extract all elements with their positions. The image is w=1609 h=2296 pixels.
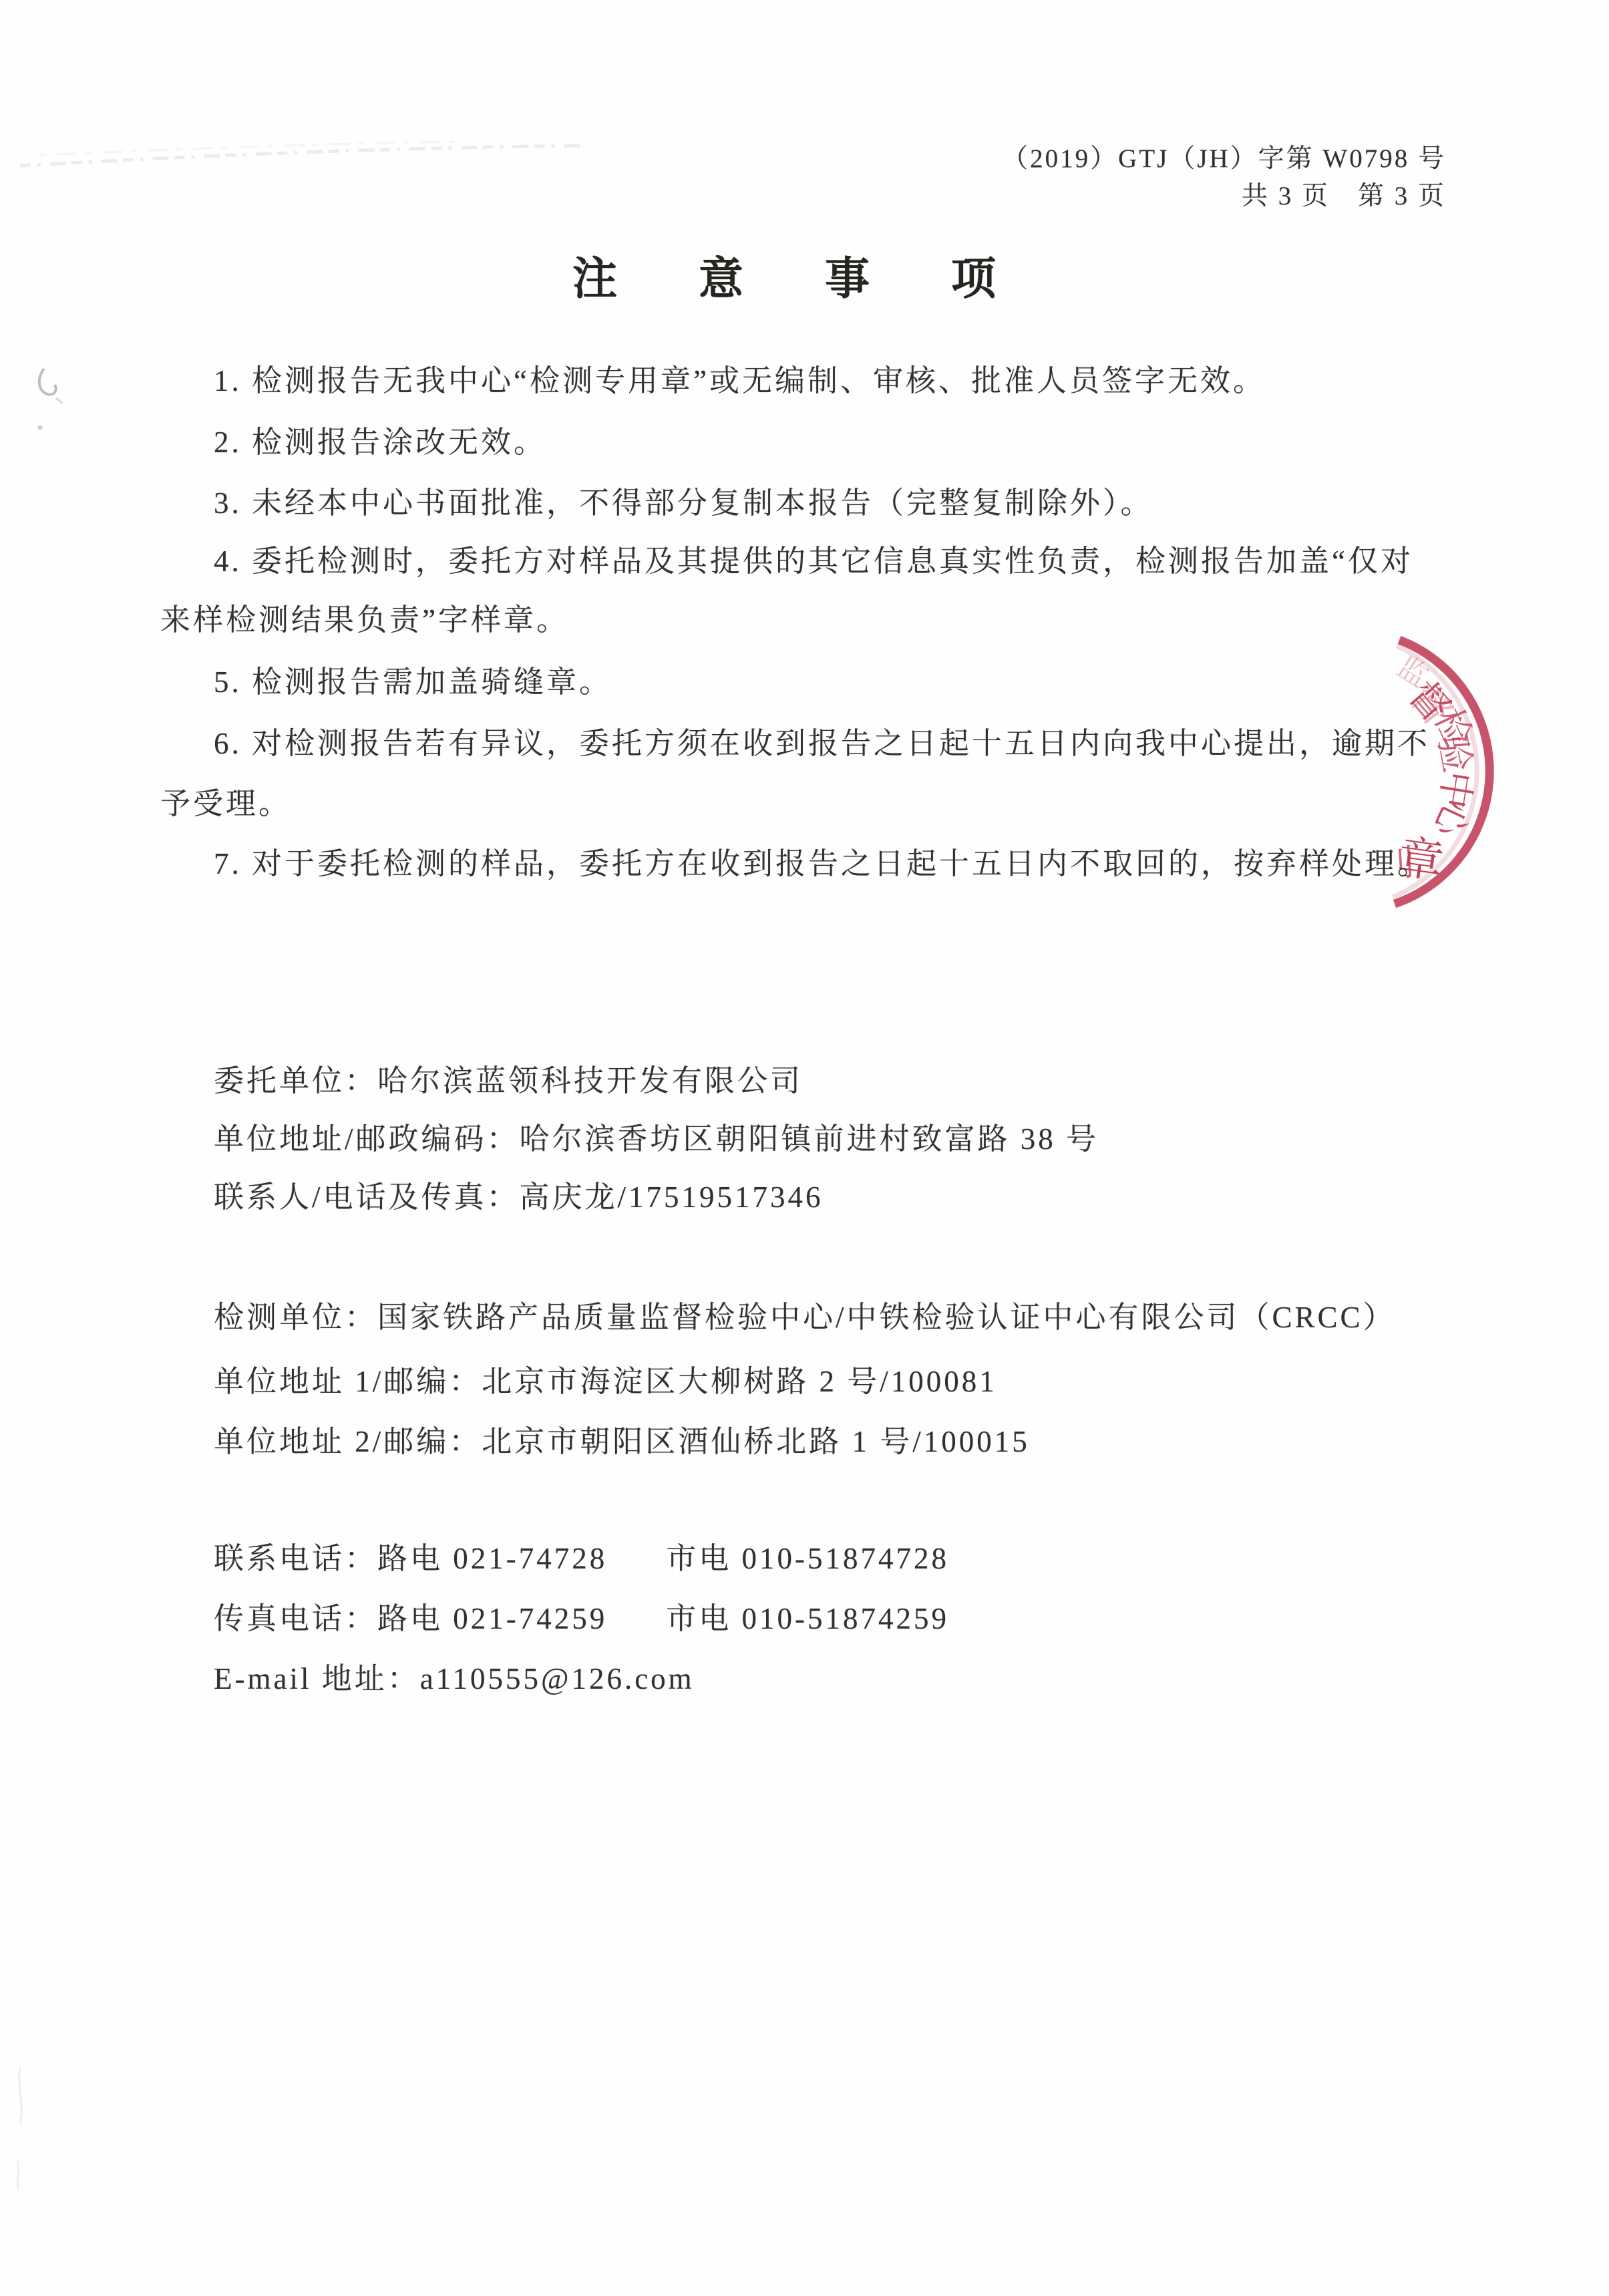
- scanned-document-page: （2019）GTJ（JH）字第 W0798 号 共 3 页 第 3 页 注意事项…: [0, 0, 1609, 2296]
- email-value: a110555@126.com: [420, 1662, 695, 1695]
- scan-streak-2: [40, 142, 468, 155]
- page-indicator: 共 3 页 第 3 页: [1242, 175, 1446, 212]
- fax-line: 传真电话：路电 021-74259市电 010-51874259: [214, 1602, 949, 1637]
- scan-streak: [20, 146, 581, 166]
- email-label: E-mail 地址：: [214, 1662, 420, 1695]
- email-line: E-mail 地址：a110555@126.com: [214, 1662, 695, 1697]
- client-address: 单位地址/邮政编码：哈尔滨香坊区朝阳镇前进村致富路 38 号: [214, 1122, 1099, 1157]
- phone-label: 联系电话：: [214, 1542, 377, 1575]
- pencil-dot: [38, 426, 43, 430]
- seal-char-jian-faint: 监: [1391, 650, 1434, 693]
- seal-char-jian: 检: [1426, 703, 1479, 754]
- edge-mark-1: [19, 2068, 22, 2124]
- fax-city: 市电 010-51874259: [666, 1602, 949, 1635]
- phone-railway: 路电 021-74728: [377, 1542, 607, 1575]
- notice-item-5: 5. 检测报告需加盖骑缝章。: [214, 665, 612, 700]
- seal-char-xin: 心: [1425, 794, 1477, 844]
- client-unit: 委托单位：哈尔滨蓝领科技开发有限公司: [214, 1064, 803, 1099]
- notice-item-4-continued: 来样检测结果负责”字样章。: [160, 603, 569, 638]
- lab-address-2: 单位地址 2/邮编：北京市朝阳区酒仙桥北路 1 号/100015: [214, 1425, 1030, 1460]
- notice-item-3: 3. 未经本中心书面批准，不得部分复制本报告（完整复制除外）。: [214, 486, 1153, 521]
- edge-mark-2: [17, 2161, 19, 2190]
- lab-address-1: 单位地址 1/邮编：北京市海淀区大柳树路 2 号/100081: [214, 1365, 997, 1400]
- phone-city: 市电 010-51874728: [666, 1542, 949, 1575]
- pencil-mark: [39, 369, 56, 395]
- page-title: 注意事项: [572, 243, 1077, 307]
- fax-label: 传真电话：: [214, 1602, 377, 1635]
- seal-char-du: 督: [1400, 673, 1458, 730]
- seal-char-du-ghost: 督: [1403, 677, 1461, 734]
- phone-line: 联系电话：路电 021-74728市电 010-51874728: [214, 1542, 949, 1577]
- notice-item-7: 7. 对于委托检测的样品，委托方在收到报告之日起十五日内不取回的，按弃样处理。: [214, 847, 1430, 882]
- notice-item-6-continued: 予受理。: [160, 787, 291, 822]
- notice-item-6: 6. 对检测报告若有异议，委托方须在收到报告之日起十五日内向我中心提出，逾期不: [214, 727, 1430, 762]
- client-contact: 联系人/电话及传真：高庆龙/17519517346: [214, 1180, 824, 1215]
- seal-char-yan: 验: [1431, 731, 1478, 776]
- pencil-tick: [56, 398, 63, 403]
- lab-unit: 检测单位：国家铁路产品质量监督检验中心/中铁检验认证中心有限公司（CRCC）: [214, 1301, 1396, 1335]
- document-number: （2019）GTJ（JH）字第 W0798 号: [1002, 138, 1446, 175]
- fax-railway: 路电 021-74259: [377, 1602, 607, 1635]
- red-seal-stamp: 监 督 督 检 验 中 心 刂 章: [1182, 611, 1530, 945]
- notice-item-2: 2. 检测报告涂改无效。: [214, 426, 546, 460]
- notice-item-1: 1. 检测报告无我中心“检测专用章”或无编制、审核、批准人员签字无效。: [214, 364, 1266, 399]
- notice-item-4: 4. 委托检测时，委托方对样品及其提供的其它信息真实性负责，检测报告加盖“仅对: [214, 544, 1413, 579]
- seal-char-zhong: 中: [1431, 768, 1478, 811]
